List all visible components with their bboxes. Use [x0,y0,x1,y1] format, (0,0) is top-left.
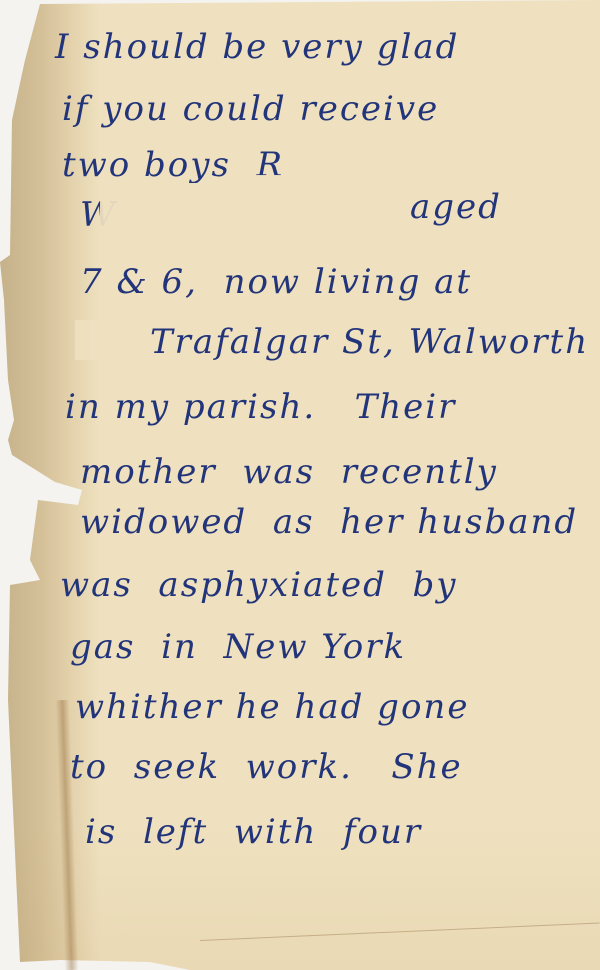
handwritten-line: I should be very glad [55,30,459,64]
handwritten-line: in my parish. Their [65,390,456,424]
redaction-box [100,183,218,235]
handwritten-line: aged [410,190,502,224]
handwritten-line: whither he had gone [75,690,469,724]
redaction-box [255,175,345,238]
redaction-box [75,320,115,360]
handwritten-line: two boys R [62,148,284,182]
handwritten-line: widowed as her husband [80,505,578,539]
handwritten-line: mother was recently [80,455,498,489]
redaction-box [300,145,405,173]
handwritten-line: is left with four [85,815,422,849]
handwritten-line: gas in New York [70,630,406,664]
handwritten-line: if you could receive [62,92,439,126]
handwritten-line: 7 & 6, now living at [80,265,472,299]
handwritten-line: was asphyxiated by [60,568,457,602]
handwritten-line: Trafalgar St, Walworth [150,325,589,359]
handwritten-line: to seek work. She [70,750,463,784]
